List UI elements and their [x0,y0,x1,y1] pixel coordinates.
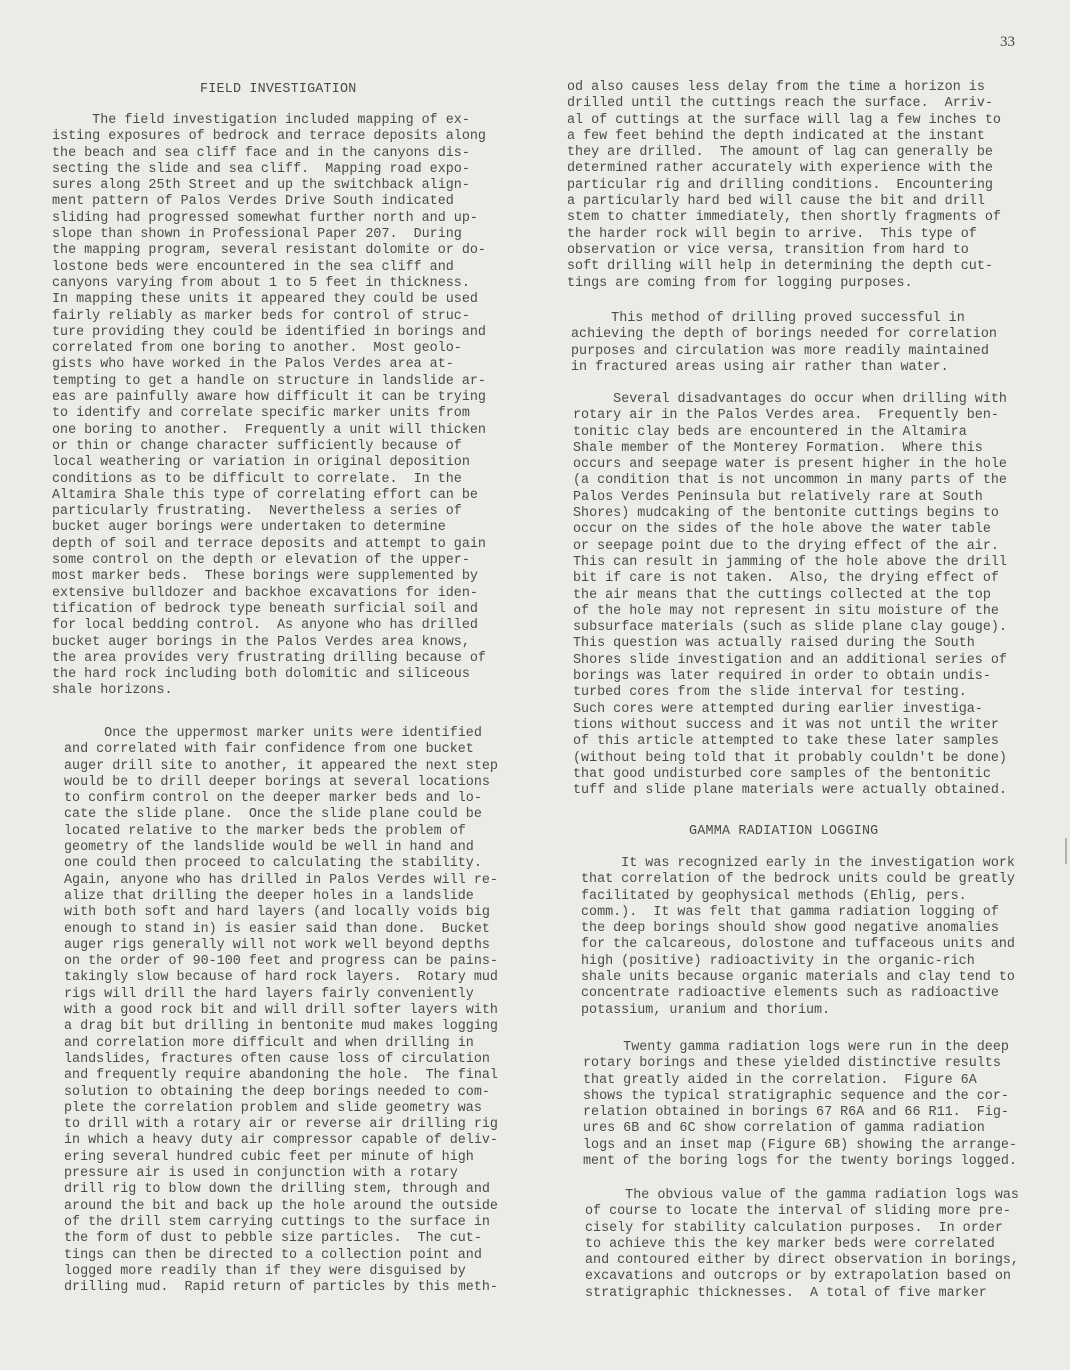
text-line: drilled until the cuttings reach the sur… [567,96,1001,112]
text-line: a particularly hard bed will cause the b… [567,194,1001,210]
text-line: Such cores were attempted during earlier… [573,702,1007,718]
text-line: shows the typical stratigraphic sequence… [583,1089,1017,1105]
text-line: to identify and correlate specific marke… [52,406,486,422]
text-line: excavations and outcrops or by extrapola… [585,1269,1019,1285]
text-line: It was recognized early in the investiga… [581,856,1015,872]
text-line: tuff and slide plane materials were actu… [573,783,1007,799]
text-line: Shale member of the Monterey Formation. … [573,441,1007,457]
text-line: bit if care is not taken. Also, the dryi… [573,571,1007,587]
section-heading-gamma-radiation-logging: GAMMA RADIATION LOGGING [689,824,878,839]
text-line: landslides, fractures often cause loss o… [64,1052,498,1068]
text-line: to achieve this the key marker beds were… [585,1237,1019,1253]
text-line: ering several hundred cubic feet per min… [64,1150,498,1166]
text-line: a drag bit but drilling in bentonite mud… [64,1019,498,1035]
text-line: that greatly aided in the correlation. F… [583,1073,1017,1089]
text-line: that good undisturbed core samples of th… [573,767,1007,783]
text-line: logs and an inset map (Figure 6B) showin… [583,1138,1017,1154]
page-number: 33 [1000,34,1015,51]
text-line: the beach and sea cliff face and in the … [52,146,486,162]
text-line: one could then proceed to calculating th… [64,856,498,872]
text-line: Palos Verdes Peninsula but relatively ra… [573,490,1007,506]
text-line: conditions as to be difficult to correla… [52,472,486,488]
text-line: located relative to the marker beds the … [64,824,498,840]
text-line: isting exposures of bedrock and terrace … [52,129,486,145]
text-line: and correlation more difficult and when … [64,1036,498,1052]
text-line: that correlation of the bedrock units co… [581,872,1015,888]
text-line: tions without success and it was not unt… [573,718,1007,734]
text-line: bucket auger borings were undertaken to … [52,520,486,536]
text-line: fairly reliably as marker beds for contr… [52,309,486,325]
text-line: In mapping these units it appeared they … [52,292,486,308]
text-line: auger drill site to another, it appeared… [64,759,498,775]
paragraph: od also causes less delay from the time … [567,80,1001,292]
text-line: The field investigation included mapping… [52,113,486,129]
text-line: logged more readily than if they were di… [64,1264,498,1280]
text-line: one boring to another. Frequently a unit… [52,423,486,439]
text-line: and contoured either by direct observati… [585,1253,1019,1269]
text-line: Again, anyone who has drilled in Palos V… [64,873,498,889]
text-line: for local bedding control. As anyone who… [52,618,486,634]
text-line: extensive bulldozer and backhoe excavati… [52,586,486,602]
text-line: the form of dust to pebble size particle… [64,1231,498,1247]
text-line: Twenty gamma radiation logs were run in … [583,1040,1017,1056]
text-line: to confirm control on the deeper marker … [64,791,498,807]
text-line: achieving the depth of borings needed fo… [571,327,997,343]
text-line: Shores slide investigation and an additi… [573,653,1007,669]
text-line: a few feet behind the depth indicated at… [567,129,1001,145]
text-line: drilling mud. Rapid return of particles … [64,1280,498,1296]
text-line: shale horizons. [52,683,486,699]
text-line: of course to locate the interval of slid… [585,1204,1019,1220]
paragraph: It was recognized early in the investiga… [581,856,1015,1019]
paragraph: The obvious value of the gamma radiation… [585,1188,1019,1302]
text-line: sures along 25th Street and up the switc… [52,178,486,194]
text-line: would be to drill deeper borings at seve… [64,775,498,791]
text-line: Altamira Shale this type of correlating … [52,488,486,504]
text-line: rotary borings and these yielded distinc… [583,1056,1017,1072]
text-line: local weathering or variation in origina… [52,455,486,471]
text-line: pressure air is used in conjunction with… [64,1166,498,1182]
text-line: drill rig to blow down the drilling stem… [64,1182,498,1198]
text-line: alize that drilling the deeper holes in … [64,889,498,905]
text-line: occur on the sides of the hole above the… [573,522,1007,538]
text-line: ment of the boring logs for the twenty b… [583,1154,1017,1170]
text-line: Shores) mudcaking of the bentonite cutti… [573,506,1007,522]
text-line: turbed cores from the slide interval for… [573,685,1007,701]
text-line: enough to stand in) is easier said than … [64,922,498,938]
text-line: (a condition that is not uncommon in man… [573,473,1007,489]
text-line: secting the slide and sea cliff. Mapping… [52,162,486,178]
text-line: takingly slow because of hard rock layer… [64,970,498,986]
text-line: determined rather accurately with experi… [567,161,1001,177]
text-line: relation obtained in borings 67 R6A and … [583,1105,1017,1121]
paragraph: Once the uppermost marker units were ide… [64,726,498,1296]
text-line: rotary air in the Palos Verdes area. Fre… [573,408,1007,424]
section-heading-field-investigation: FIELD INVESTIGATION [200,82,356,97]
text-line: stem to chatter immediately, then shortl… [567,210,1001,226]
text-line: high (positive) radioactivity in the org… [581,954,1015,970]
text-line: cisely for stability calculation purpose… [585,1221,1019,1237]
text-line: subsurface materials (such as slide plan… [573,620,1007,636]
text-line: soft drilling will help in determining t… [567,259,1001,275]
text-line: rigs will drill the hard layers fairly c… [64,987,498,1003]
text-line: Several disadvantages do occur when dril… [573,392,1007,408]
text-line: occurs and seepage water is present high… [573,457,1007,473]
text-line: around the bit and back up the hole arou… [64,1199,498,1215]
text-line: particular rig and drilling conditions. … [567,178,1001,194]
text-line: and frequently require abandoning the ho… [64,1068,498,1084]
text-line: potassium, uranium and thorium. [581,1003,1015,1019]
text-line: observation or vice versa, transition fr… [567,243,1001,259]
text-line: gists who have worked in the Palos Verde… [52,357,486,373]
text-line: The obvious value of the gamma radiation… [585,1188,1019,1204]
text-line: eas are painfully aware how difficult it… [52,390,486,406]
text-line: lostone beds were encountered in the sea… [52,260,486,276]
text-line: on the order of 90-100 feet and progress… [64,954,498,970]
text-line: the harder rock will begin to arrive. Th… [567,227,1001,243]
text-line: sliding had progressed somewhat further … [52,211,486,227]
text-line: the deep borings should show good negati… [581,921,1015,937]
text-line: most marker beds. These borings were sup… [52,569,486,585]
text-line: bucket auger borings in the Palos Verdes… [52,635,486,651]
text-line: borings was later required in order to o… [573,669,1007,685]
text-line: in which a heavy duty air compressor cap… [64,1133,498,1149]
text-line: ment pattern of Palos Verdes Drive South… [52,194,486,210]
text-line: comm.). It was felt that gamma radiation… [581,905,1015,921]
text-line: tings can then be directed to a collecti… [64,1248,498,1264]
text-line: stratigraphic thicknesses. A total of fi… [585,1286,1019,1302]
text-line: od also causes less delay from the time … [567,80,1001,96]
text-line: of this article attempted to take these … [573,734,1007,750]
text-line: ures 6B and 6C show correlation of gamma… [583,1121,1017,1137]
text-line: for the calcareous, dolostone and tuffac… [581,937,1015,953]
text-line: auger rigs generally will not work well … [64,938,498,954]
text-line: the mapping program, several resistant d… [52,243,486,259]
paragraph: This method of drilling proved successfu… [571,311,997,376]
text-line: of the drill stem carrying cuttings to t… [64,1215,498,1231]
paragraph: Several disadvantages do occur when dril… [573,392,1007,799]
text-line: geometry of the landslide would be well … [64,840,498,856]
text-line: tempting to get a handle on structure in… [52,374,486,390]
text-line: tings are coming from for logging purpos… [567,276,1001,292]
text-line: This can result in jamming of the hole a… [573,555,1007,571]
text-line: Once the uppermost marker units were ide… [64,726,498,742]
text-line: solution to obtaining the deep borings n… [64,1085,498,1101]
text-line: particularly frustrating. Nevertheless a… [52,504,486,520]
text-line: ture providing they could be identified … [52,325,486,341]
text-line: shale units because organic materials an… [581,970,1015,986]
text-line: or thin or change character sufficiently… [52,439,486,455]
page-edge-mark [1065,838,1067,864]
text-line: they are drilled. The amount of lag can … [567,145,1001,161]
text-line: facilitated by geophysical methods (Ehli… [581,889,1015,905]
text-line: al of cuttings at the surface will lag a… [567,113,1001,129]
text-line: tonitic clay beds are encountered in the… [573,425,1007,441]
text-line: the hard rock including both dolomitic a… [52,667,486,683]
text-line: This method of drilling proved successfu… [571,311,997,327]
text-line: canyons varying from about 1 to 5 feet i… [52,276,486,292]
text-line: or seepage point due to the drying effec… [573,539,1007,555]
text-line: to drill with a rotary air or reverse ai… [64,1117,498,1133]
text-line: with a good rock bit and will drill soft… [64,1003,498,1019]
paragraph: Twenty gamma radiation logs were run in … [583,1040,1017,1170]
text-line: correlated from one boring to another. M… [52,341,486,357]
text-line: plete the correlation problem and slide … [64,1101,498,1117]
text-line: tification of bedrock type beneath surfi… [52,602,486,618]
paragraph: The field investigation included mapping… [52,113,486,700]
text-line: with both soft and hard layers (and loca… [64,905,498,921]
text-line: in fractured areas using air rather than… [571,360,997,376]
text-line: purposes and circulation was more readil… [571,344,997,360]
text-line: slope than shown in Professional Paper 2… [52,227,486,243]
text-line: (without being told that it probably cou… [573,751,1007,767]
text-line: of the hole may not represent in situ mo… [573,604,1007,620]
text-line: cate the slide plane. Once the slide pla… [64,807,498,823]
text-line: the area provides very frustrating drill… [52,651,486,667]
text-line: depth of soil and terrace deposits and a… [52,537,486,553]
text-line: and correlated with fair confidence from… [64,742,498,758]
text-line: some control on the depth or elevation o… [52,553,486,569]
text-line: This question was actually raised during… [573,636,1007,652]
text-line: concentrate radioactive elements such as… [581,986,1015,1002]
text-line: the air means that the cuttings collecte… [573,588,1007,604]
